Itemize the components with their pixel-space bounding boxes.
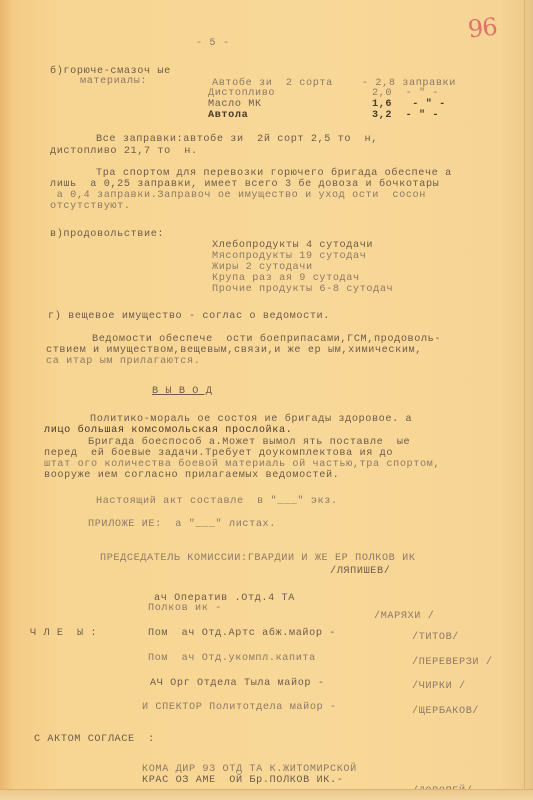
- fuel-item-value: 3,2 - " -: [372, 110, 439, 121]
- agreed-line: КОМА ДИР 93 ОТД ТА К.ЖИТОМИРСКОЙ: [142, 764, 357, 775]
- member-signature: /МАРЯХИ /: [374, 611, 434, 622]
- fuel-item-name: Дистопливо: [208, 88, 275, 99]
- food-item: Прочие продукты 6-8 сутодач: [212, 284, 393, 295]
- fuel-item-name: Автола: [208, 110, 248, 121]
- conclusion-line: Бригада боеспособ а.Может вымол ять пост…: [88, 437, 410, 448]
- agreed-line: КРАС ОЗ АМЕ ОЙ Бр.ПОЛКОВ ИК.-: [142, 775, 343, 786]
- fuel-item-name: Масло МК: [208, 99, 262, 110]
- member-signature: /ПЕРЕВЕРЗИ /: [412, 657, 493, 668]
- totals-line: Все заправки:автобе зи 2й сорт 2,5 то н,: [96, 134, 378, 145]
- members-label: Ч Л Е Ы :: [30, 628, 97, 639]
- food-item: Мясопродукты 19 сутодач: [212, 251, 366, 262]
- folio-number: 96: [467, 13, 498, 44]
- statements-line: Ведомости обеспече ости боеприпасами,ГСМ…: [92, 334, 441, 345]
- section-g-line: г) вещевое имущество - соглас о ведомост…: [48, 311, 330, 322]
- food-item: Жиры 2 сутодачи: [212, 262, 313, 273]
- transport-line: лишь а 0,25 заправки, имеет всего 3 бе д…: [50, 179, 439, 190]
- member-role: И СПЕКТОР Политотдела майор -: [142, 702, 337, 713]
- conclusion-heading: В Ы В О Д: [152, 386, 212, 397]
- transport-line: отсутствуют.: [50, 201, 131, 212]
- page-edge: [524, 0, 525, 800]
- transport-line: а 0,4 заправки.Заправоч ое имущество и у…: [50, 190, 426, 201]
- totals-line: дистопливо 21,7 то н.: [50, 146, 198, 157]
- chairman-title: ПРЕДСЕДАТЕЛЬ КОМИССИИ:ГВАРДИИ И ЖЕ ЕР ПО…: [100, 553, 416, 564]
- conclusion-line: штат ого количества боевой материаль ой …: [44, 459, 440, 470]
- fuel-item-value: 2,0 - " -: [372, 88, 439, 99]
- page-bottom-edge: [0, 789, 533, 800]
- statements-line: са итар ым прилагаются.: [46, 356, 200, 367]
- attachment-line: ПРИЛОЖЕ ИЕ: а "___" листах.: [88, 519, 276, 530]
- copies-line: Настоящий акт составле в "___" экз.: [96, 496, 338, 507]
- conclusion-line: вооруже ием согласно прилагаемых ведомос…: [44, 470, 339, 481]
- conclusion-line: Политико-мораль ое состоя ие бригады здо…: [90, 414, 412, 425]
- transport-line: Тра спортом для перевозки горючего брига…: [96, 168, 452, 179]
- food-item: Хлебопродукты 4 сутодачи: [212, 240, 373, 251]
- agreed-label: С АКТОМ СОГЛАСЕ :: [34, 734, 155, 745]
- conclusion-line: лицо большая комсомольская прослойка.: [44, 425, 292, 436]
- section-v-label: в)продовольствие:: [50, 229, 164, 240]
- food-item: Крупа раз ая 9 сутодач: [212, 273, 360, 284]
- chairman-signature: /ЛЯПИШЕВ/: [330, 566, 390, 577]
- member-role: Пом ач Отд.укомпл.капита: [148, 653, 316, 664]
- member-role: Полков ик -: [148, 603, 222, 614]
- member-signature: /ЩЕРБАКОВ/: [412, 706, 479, 717]
- member-signature: /ТИТОВ/: [412, 632, 459, 643]
- conclusion-line: перед ей боевые задачи.Требует доукомпле…: [44, 448, 393, 459]
- archival-document-page: 96 - 5 - б)горюче-смазоч ые материалы: А…: [0, 0, 533, 800]
- fuel-item-value: 1,6 - " -: [372, 99, 446, 110]
- statements-line: ствием и имуществом,вещевым,связи,и же е…: [46, 345, 422, 356]
- member-role: Пом ач Отд.Артс абж.майор -: [148, 628, 336, 639]
- member-signature: /ЧИРКИ /: [412, 681, 466, 692]
- member-role: АЧ Орг Отдела Тыла майор -: [150, 678, 325, 689]
- page-number: - 5 -: [196, 38, 230, 49]
- section-b-label-2: материалы:: [80, 76, 147, 87]
